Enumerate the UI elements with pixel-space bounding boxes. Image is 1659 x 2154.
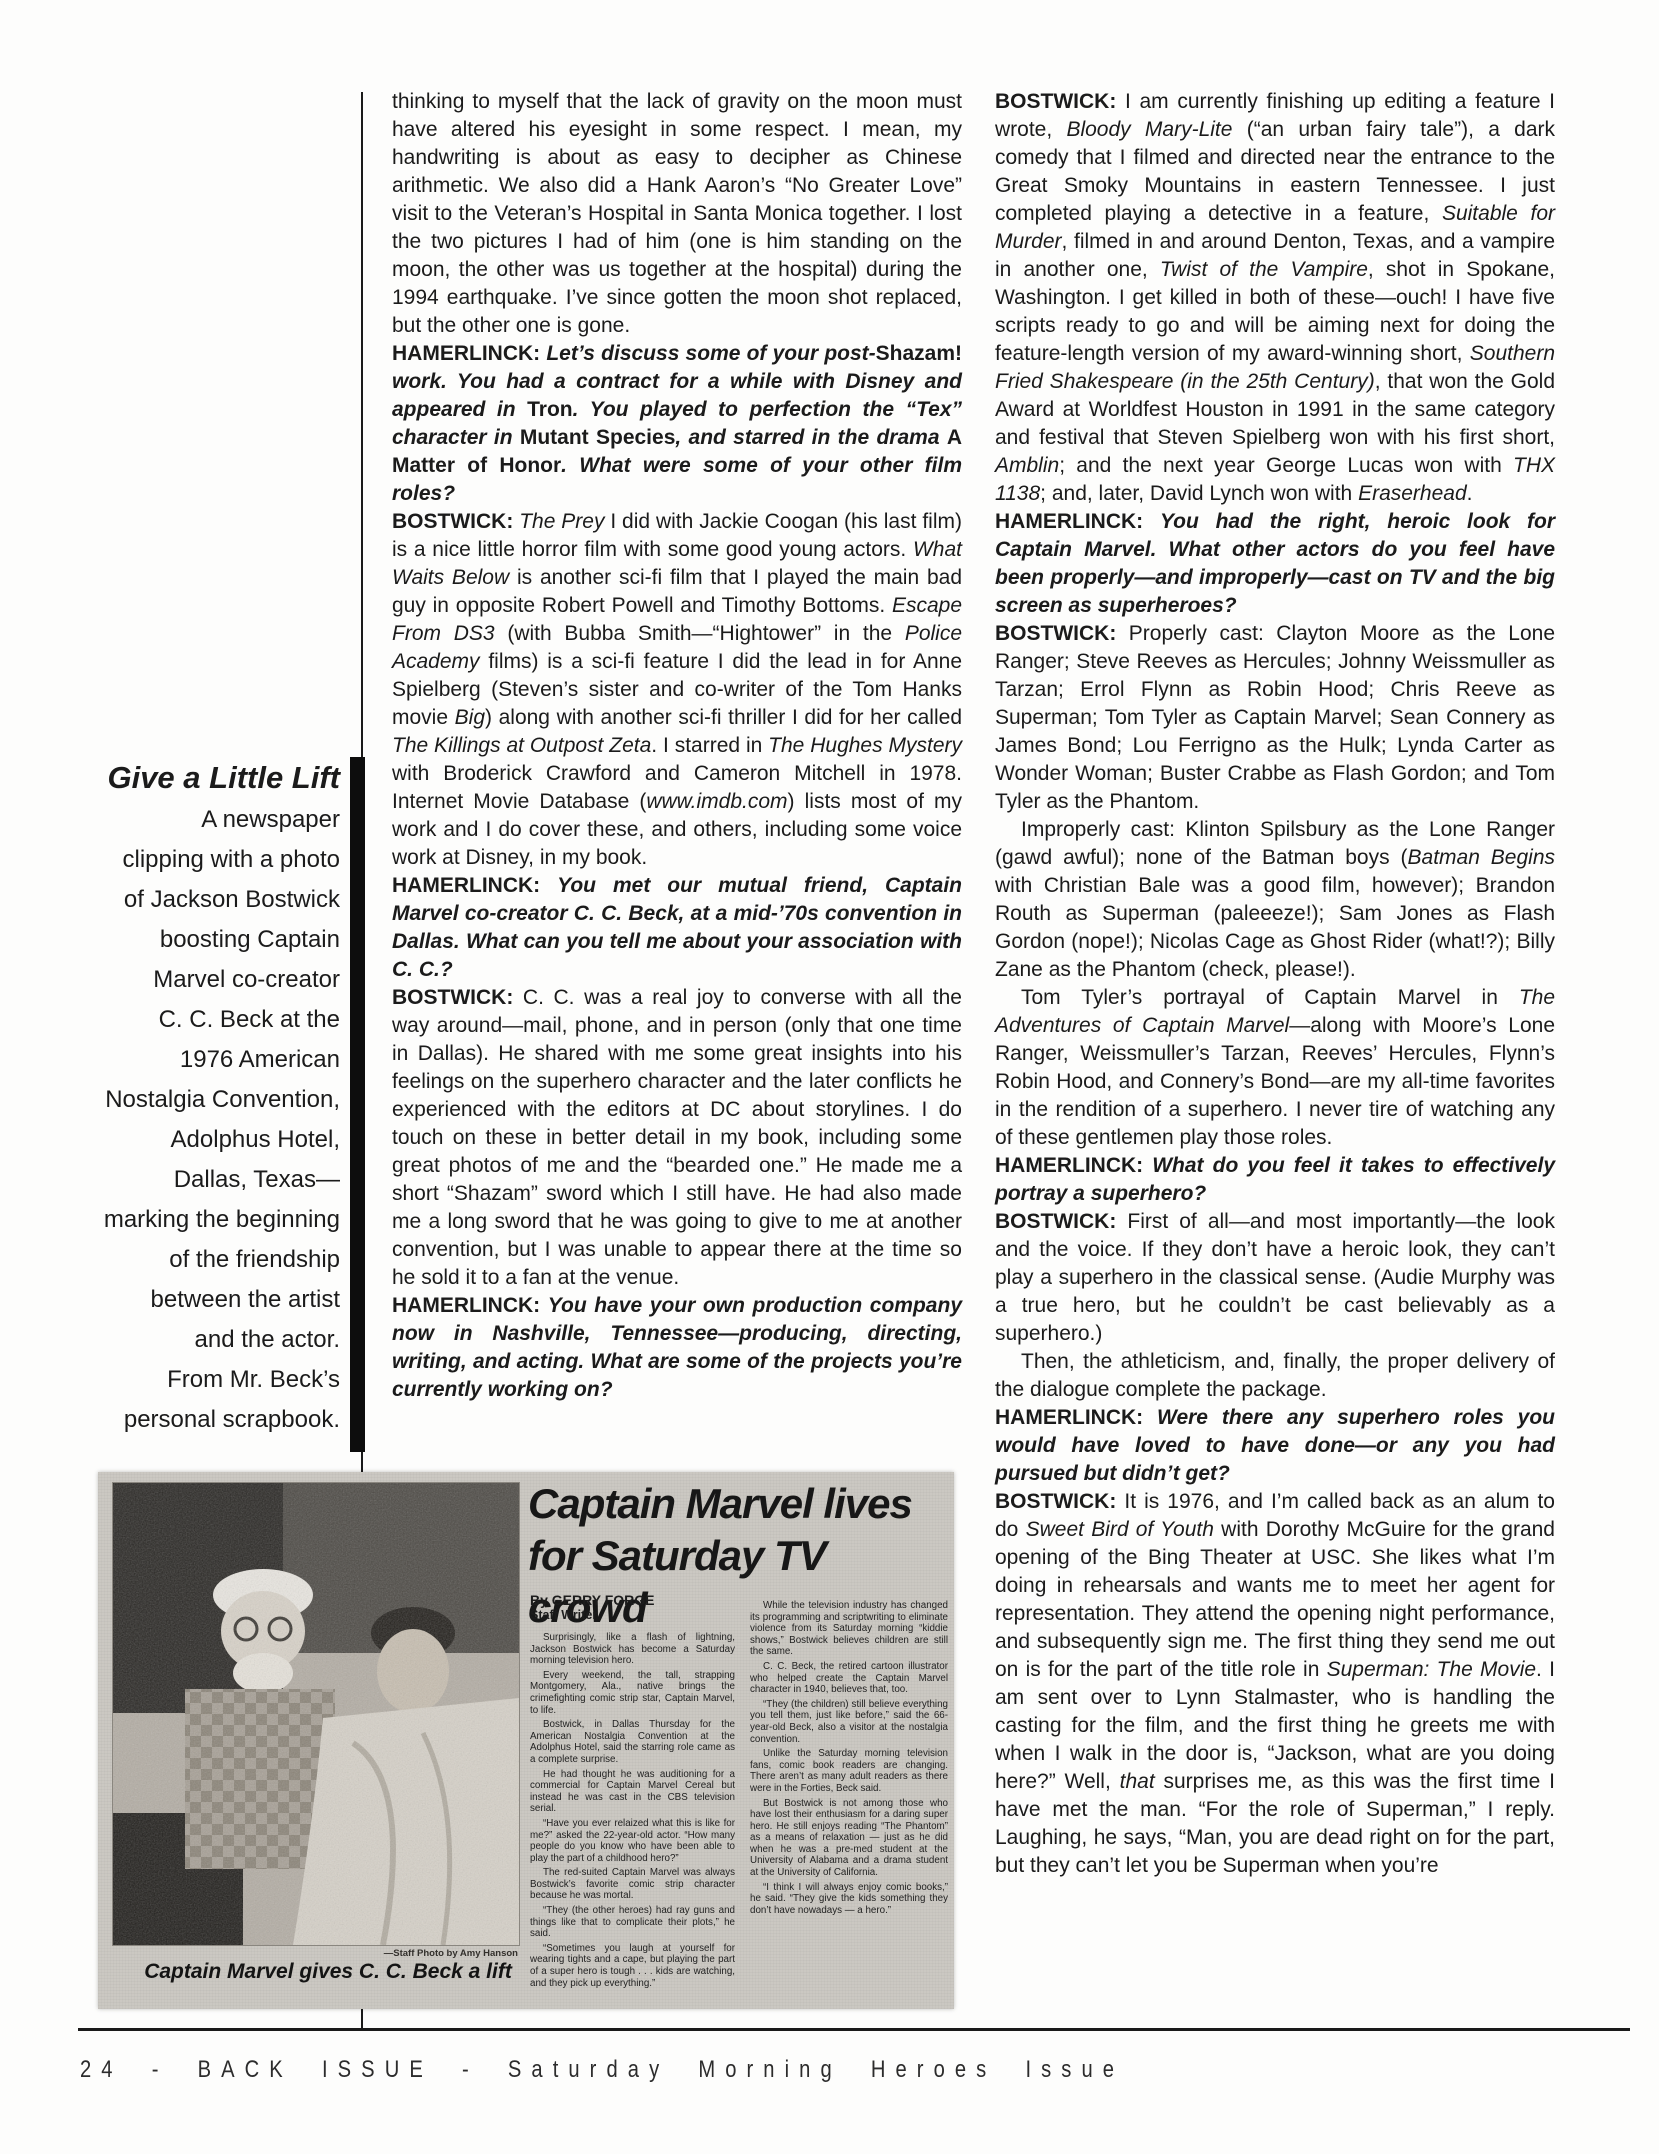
byline-role: Staff Writer <box>530 1608 750 1623</box>
caption-line: C. C. Beck at the <box>58 1000 340 1040</box>
clipping-paragraph: C. C. Beck, the retired cartoon illustra… <box>750 1661 948 1696</box>
newspaper-clipping: Captain Marvel lives for Saturday TV cro… <box>98 1472 954 2009</box>
clipping-column-1: Surprisingly, like a flash of lightning,… <box>530 1632 735 1992</box>
caption-line: of Jackson Bostwick <box>58 880 340 920</box>
clipping-paragraph: Unlike the Saturday morning television f… <box>750 1748 948 1794</box>
clipping-paragraph: “Have you ever relaized what this is lik… <box>530 1818 735 1864</box>
caption-line: personal scrapbook. <box>58 1400 340 1440</box>
caption-line: From Mr. Beck’s <box>58 1360 340 1400</box>
caption-body: A newspaperclipping with a photoof Jacks… <box>58 800 340 1440</box>
clipping-byline: By GERRY FORGE Staff Writer <box>530 1592 750 1623</box>
footer-text: 24 - BACK ISSUE - Saturday Morning Heroe… <box>80 2056 1124 2084</box>
footer-rule <box>78 2028 1630 2031</box>
clipping-paragraph: The red-suited Captain Marvel was always… <box>530 1867 735 1902</box>
interview-paragraph: HAMERLINCK: What do you feel it takes to… <box>995 1152 1555 1208</box>
caption-line: Nostalgia Convention, <box>58 1080 340 1120</box>
clipping-paragraph: But Bostwick is not among those who have… <box>750 1798 948 1879</box>
caption-line: Marvel co-creator <box>58 960 340 1000</box>
interview-paragraph: HAMERLINCK: Let’s discuss some of your p… <box>392 340 962 508</box>
clipping-paragraph: Bostwick, in Dallas Thursday for the Ame… <box>530 1719 735 1765</box>
interview-paragraph: BOSTWICK: It is 1976, and I’m called bac… <box>995 1488 1555 1880</box>
interview-right-column: BOSTWICK: I am currently finishing up ed… <box>995 88 1555 1880</box>
caption-accent-bar <box>350 757 365 1452</box>
caption-line: Adolphus Hotel, <box>58 1120 340 1160</box>
caption-line: clipping with a photo <box>58 840 340 880</box>
clipping-paragraph: “They (the children) still believe every… <box>750 1699 948 1745</box>
caption-line: between the artist <box>58 1280 340 1320</box>
interview-paragraph: HAMERLINCK: You have your own production… <box>392 1292 962 1404</box>
caption-title: Give a Little Lift <box>58 756 340 800</box>
clipping-paragraph: “They (the other heroes) had ray guns an… <box>530 1905 735 1940</box>
interview-paragraph: BOSTWICK: The Prey I did with Jackie Coo… <box>392 508 962 872</box>
clipping-paragraph: Surprisingly, like a flash of lightning,… <box>530 1632 735 1667</box>
caption-line: marking the beginning <box>58 1200 340 1240</box>
clipping-photo-caption: Captain Marvel gives C. C. Beck a lift <box>138 1960 518 1984</box>
interview-paragraph: Then, the athleticism, and, finally, the… <box>995 1348 1555 1404</box>
caption-line: A newspaper <box>58 800 340 840</box>
interview-left-column: thinking to myself that the lack of grav… <box>392 88 962 1404</box>
byline-name: By GERRY FORGE <box>530 1592 750 1608</box>
photo-credit: —Staff Photo by Amy Hanson <box>358 1948 518 1959</box>
clipping-headline-line1: Captain Marvel lives <box>528 1478 952 1530</box>
caption-line: 1976 American <box>58 1040 340 1080</box>
clipping-column-2: While the television industry has change… <box>750 1600 948 1919</box>
interview-paragraph: BOSTWICK: I am currently finishing up ed… <box>995 88 1555 508</box>
halftone-photo-illustration <box>113 1483 519 1945</box>
caption-line: of the friendship <box>58 1240 340 1280</box>
interview-paragraph: BOSTWICK: First of all—and most importan… <box>995 1208 1555 1348</box>
clipping-paragraph: He had thought he was auditioning for a … <box>530 1769 735 1815</box>
interview-paragraph: HAMERLINCK: You had the right, heroic lo… <box>995 508 1555 620</box>
interview-paragraph: Improperly cast: Klinton Spilsbury as th… <box>995 816 1555 984</box>
clipping-photo <box>112 1482 520 1946</box>
clipping-paragraph: “Sometimes you laugh at yourself for wea… <box>530 1943 735 1989</box>
clipping-paragraph: “I think I will always enjoy comic books… <box>750 1882 948 1917</box>
interview-paragraph: HAMERLINCK: You met our mutual friend, C… <box>392 872 962 984</box>
caption-line: boosting Captain <box>58 920 340 960</box>
clipping-paragraph: While the television industry has change… <box>750 1600 948 1658</box>
clipping-paragraph: Every weekend, the tall, strapping Montg… <box>530 1670 735 1716</box>
interview-paragraph: thinking to myself that the lack of grav… <box>392 88 962 340</box>
interview-paragraph: HAMERLINCK: Were there any superhero rol… <box>995 1404 1555 1488</box>
caption-line: Dallas, Texas— <box>58 1160 340 1200</box>
photo-caption-sidebar: Give a Little Lift A newspaperclipping w… <box>58 756 340 1440</box>
interview-paragraph: Tom Tyler’s portrayal of Captain Marvel … <box>995 984 1555 1152</box>
interview-paragraph: BOSTWICK: Properly cast: Clayton Moore a… <box>995 620 1555 816</box>
caption-line: and the actor. <box>58 1320 340 1360</box>
interview-paragraph: BOSTWICK: C. C. was a real joy to conver… <box>392 984 962 1292</box>
